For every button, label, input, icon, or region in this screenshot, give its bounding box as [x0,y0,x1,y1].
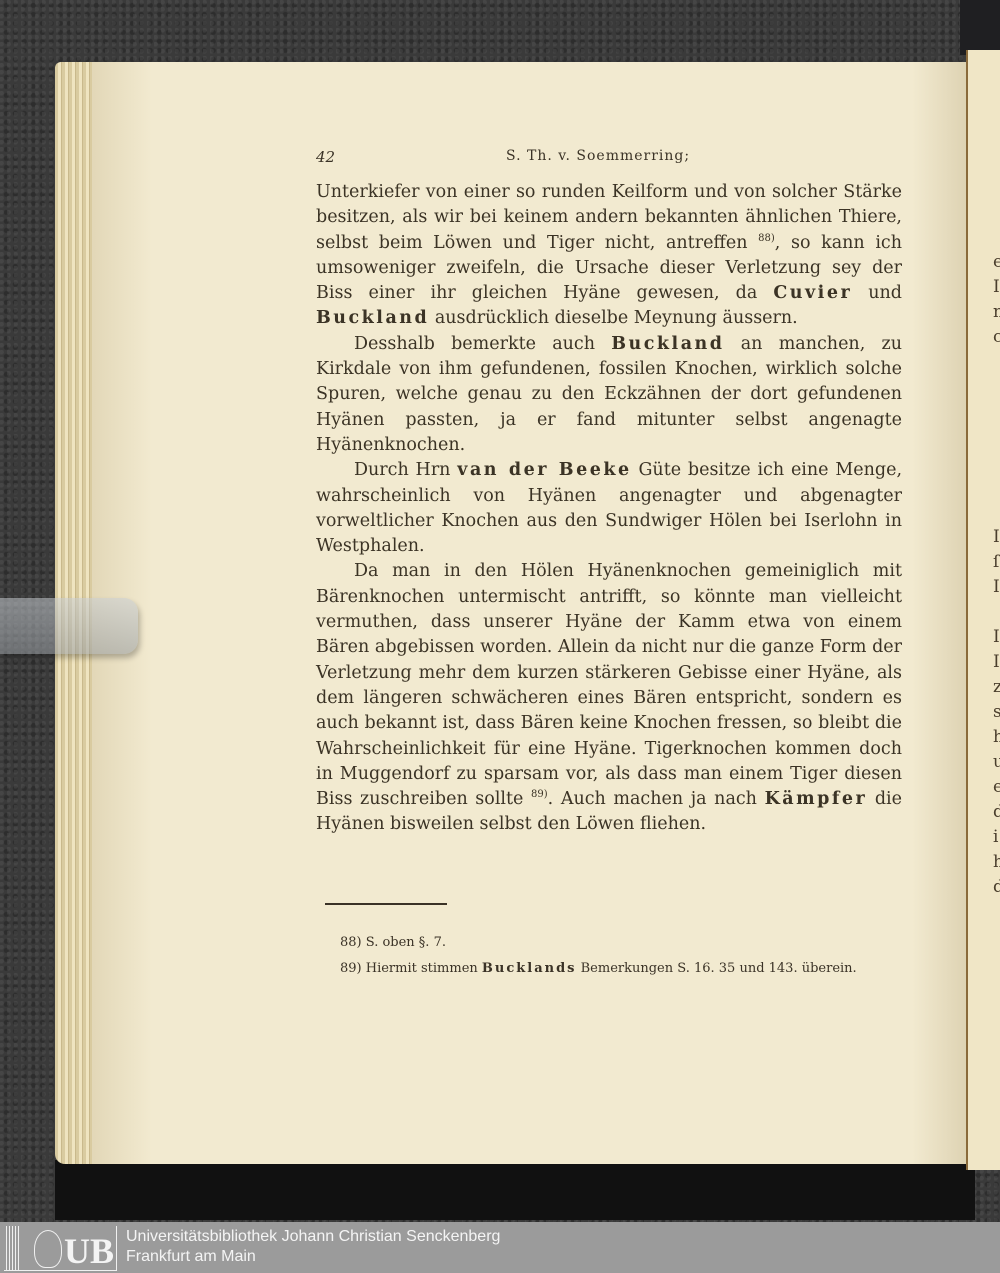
paragraph-4: Da man in den Hölen Hyänenknochen gemein… [316,559,902,837]
page-header: 42 S. Th. v. Soemmerring; [316,148,906,170]
gutter-line [966,50,968,1170]
person-name: Bucklands [482,961,577,976]
institution-city: Frankfurt am Main [126,1248,256,1266]
library-footer: UB Universitätsbibliothek Johann Christi… [0,1222,1000,1273]
text-run: 89) Hiermit stimmen [340,961,482,976]
text-run: . Auch machen ja nach [548,789,765,809]
paragraph-1: Unterkiefer von einer so runden Keilform… [316,180,902,332]
person-name: Kämpfer [765,789,868,809]
running-title: S. Th. v. Soemmerring; [506,148,690,164]
paragraph-3: Durch Hrn van der Beeke Güte besitze ich… [316,458,902,559]
footnote-ref-88[interactable]: 88) [758,233,775,244]
book-cover-shadow [55,1160,975,1220]
footnote-88: 88) S. oben §. 7. [340,930,900,956]
text-run: Desshalb bemerkte auch [354,334,611,354]
logo-text: UB [64,1230,114,1272]
facing-page-text: e I n c I ſ I I I z s h u e d i h d [993,250,1000,900]
body-text: Unterkiefer von einer so runden Keilform… [316,180,902,838]
portrait-icon [34,1230,62,1268]
paragraph-2: Desshalb bemerkte auch Buckland an manch… [316,332,902,458]
person-name: Cuvier [773,283,852,303]
person-name: van der Beeke [457,460,631,480]
text-run: ausdrücklich dieselbe Meynung äussern. [429,308,798,328]
footnote-divider [325,903,447,905]
text-run: Durch Hrn [354,460,457,480]
book-cover-corner [960,0,1000,55]
text-run: und [852,283,902,303]
text-run: Bemerkungen S. 16. 35 und 143. überein. [577,961,857,976]
institution-name: Universitätsbibliothek Johann Christian … [126,1228,500,1246]
ub-logo[interactable]: UB [4,1226,117,1271]
page-number: 42 [316,148,335,166]
page-clip-bookmark [0,598,138,654]
person-name: Buckland [316,308,429,328]
logo-book-lines-icon [6,1226,20,1270]
text-run: Da man in den Hölen Hyänenknochen gemein… [316,561,902,809]
footnotes: 88) S. oben §. 7. 89) Hiermit stimmen Bu… [340,930,900,982]
person-name: Buckland [611,334,724,354]
footnote-89: 89) Hiermit stimmen Bucklands Bemerkunge… [340,956,900,982]
footnote-ref-89[interactable]: 89) [531,789,548,800]
